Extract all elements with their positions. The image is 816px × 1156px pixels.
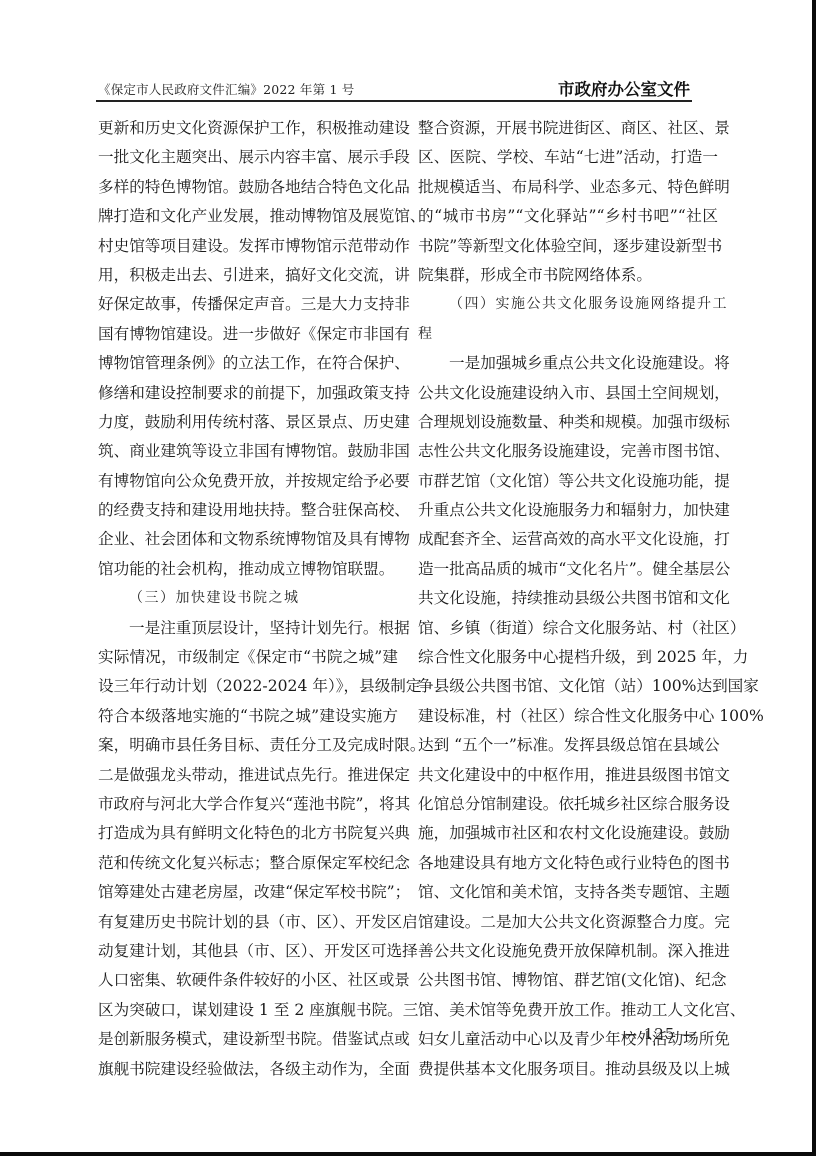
- text-line: 是创新服务模式，建设新型书院。借鉴试点或: [98, 1025, 398, 1054]
- text-line: 整合资源，开展书院进街区、商区、社区、景: [418, 114, 718, 143]
- page-edge-bottom: [0, 1152, 816, 1156]
- text-line: 公共图书馆、博物馆、群艺馆(文化馆)、纪念: [418, 966, 718, 995]
- text-line: 人口密集、软硬件条件较好的小区、社区或景: [98, 966, 398, 995]
- text-line: 区、医院、学校、车站“七进”活动，打造一: [418, 143, 718, 172]
- text-line: 馆、文化馆和美术馆，支持各类专题馆、主题: [418, 878, 718, 907]
- text-line: 实际情况，市级制定《保定市“书院之城”建: [98, 643, 398, 672]
- text-line: 范和传统文化复兴标志；整合原保定军校纪念: [98, 849, 398, 878]
- section-heading-4-cont: 程: [418, 320, 718, 349]
- text-line: 有复建历史书院计划的县（市、区）、开发区启: [98, 908, 398, 937]
- text-line: 更新和历史文化资源保护工作，积极推动建设: [98, 114, 398, 143]
- text-line: 旗舰书院建设经验做法，各级主动作为，全面: [98, 1055, 398, 1084]
- section-title: 市政府办公室文件: [558, 76, 690, 100]
- text-line: 馆建设。二是加大公共文化资源整合力度。完: [418, 908, 718, 937]
- text-line: 市政府与河北大学合作复兴“莲池书院”，将其: [98, 790, 398, 819]
- text-line: 村史馆等项目建设。发挥市博物馆示范带动作: [98, 232, 398, 261]
- text-line: 建设标准，村（社区）综合性文化服务中心 100%: [418, 702, 718, 731]
- text-line: 书院”等新型文化体验空间，逐步建设新型书: [418, 232, 718, 261]
- text-line: 好保定故事，传播保定声音。三是大力支持非: [98, 290, 398, 319]
- text-line: 力度，鼓励利用传统村落、景区景点、历史建: [98, 408, 398, 437]
- text-line: 公共文化设施建设纳入市、县国土空间规划，: [418, 379, 718, 408]
- text-line: 馆、美术馆等免费开放工作。推动工人文化宫、: [418, 996, 718, 1025]
- text-line: 筑、商业建筑等设立非国有博物馆。鼓励非国: [98, 437, 398, 466]
- text-line: 院集群，形成全市书院网络体系。: [418, 261, 718, 290]
- text-line: 修缮和建设控制要求的前提下，加强政策支持: [98, 379, 398, 408]
- text-line: 的经费支持和建设用地扶持。整合驻保高校、: [98, 496, 398, 525]
- text-line: 动复建计划，其他县（市、区）、开发区可选择: [98, 937, 398, 966]
- text-line: 争县级公共图书馆、文化馆（站）100%达到国家: [418, 672, 718, 701]
- right-column: 整合资源，开展书院进街区、商区、社区、景 区、医院、学校、车站“七进”活动，打造…: [418, 114, 718, 1084]
- text-line: 多样的特色博物馆。鼓励各地结合特色文化品: [98, 173, 398, 202]
- text-line: 成配套齐全、运营高效的高水平文化设施，打: [418, 525, 718, 554]
- text-line: 企业、社会团体和文物系统博物馆及具有博物: [98, 525, 398, 554]
- text-line: 升重点公共文化设施服务力和辐射力，加快建: [418, 496, 718, 525]
- text-line: 博物馆管理条例》的立法工作，在符合保护、: [98, 349, 398, 378]
- text-line: 有博物馆向公众免费开放，并按规定给予必要: [98, 467, 398, 496]
- text-line: 符合本级落地实施的“书院之城”建设实施方: [98, 702, 398, 731]
- text-line: 达到 “五个一”标准。发挥县级总馆在县域公: [418, 731, 718, 760]
- text-line: 馆、乡镇（街道）综合文化服务站、村（社区）: [418, 614, 718, 643]
- text-line: 批规模适当、布局科学、业态多元、特色鲜明: [418, 173, 718, 202]
- text-line: 区为突破口，谋划建设 1 至 2 座旗舰书院。三: [98, 996, 398, 1025]
- text-line: 各地建设具有地方文化特色或行业特色的图书: [418, 849, 718, 878]
- text-line: 馆功能的社会机构，推动成立博物馆联盟。: [98, 555, 398, 584]
- publication-title: 《保定市人民政府文件汇编》2022 年第 1 号: [98, 80, 355, 98]
- text-line: 国有博物馆建设。进一步做好《保定市非国有: [98, 320, 398, 349]
- text-line: 费提供基本文化服务项目。推动县级及以上城: [418, 1055, 718, 1084]
- text-line: 馆筹建处古建老房屋，改建“保定军校书院”；: [98, 878, 398, 907]
- text-line: 综合性文化服务中心提档升级，到 2025 年，力: [418, 643, 718, 672]
- text-line: 造一批高品质的城市“文化名片”。健全基层公: [418, 555, 718, 584]
- text-line: 善公共文化设施免费开放保障机制。深入推进: [418, 937, 718, 966]
- page-edge-right: [812, 0, 816, 1156]
- text-line: 一批文化主题突出、展示内容丰富、展示手段: [98, 143, 398, 172]
- text-line: 化馆总分馆制建设。依托城乡社区综合服务设: [418, 790, 718, 819]
- text-line: 施，加强城市社区和农村文化设施建设。鼓励: [418, 819, 718, 848]
- text-line: 设三年行动计划（2022-2024 年）》，县级制定: [98, 672, 398, 701]
- section-heading-3: （三）加快建设书院之城: [98, 584, 398, 613]
- left-column: 更新和历史文化资源保护工作，积极推动建设 一批文化主题突出、展示内容丰富、展示手…: [98, 114, 398, 1084]
- text-line: 二是做强龙头带动，推进试点先行。推进保定: [98, 761, 398, 790]
- text-line: 牌打造和文化产业发展，推动博物馆及展览馆、: [98, 202, 398, 231]
- text-line: 共文化设施，持续推动县级公共图书馆和文化: [418, 584, 718, 613]
- text-line: 打造成为具有鲜明文化特色的北方书院复兴典: [98, 819, 398, 848]
- text-line: 用，积极走出去、引进来，搞好文化交流，讲: [98, 261, 398, 290]
- text-line: 志性公共文化服务设施建设，完善市图书馆、: [418, 437, 718, 466]
- text-line: 一是加强城乡重点公共文化设施建设。将: [418, 349, 718, 378]
- page-number: — 125 —: [622, 1025, 697, 1043]
- text-line: 市群艺馆（文化馆）等公共文化设施功能，提: [418, 467, 718, 496]
- running-header: 《保定市人民政府文件汇编》2022 年第 1 号 市政府办公室文件: [96, 76, 690, 100]
- section-heading-4: （四）实施公共文化服务设施网络提升工: [418, 290, 718, 319]
- text-line: 共文化建设中的中枢作用，推进县级图书馆文: [418, 761, 718, 790]
- text-line: 合理规划设施数量、种类和规模。加强市级标: [418, 408, 718, 437]
- text-line: 案，明确市县任务目标、责任分工及完成时限。: [98, 731, 398, 760]
- text-line: 的“城市书房”“文化驿站”“乡村书吧”“社区: [418, 202, 718, 231]
- text-line: 一是注重顶层设计，坚持计划先行。根据: [98, 614, 398, 643]
- header-rule: [96, 100, 692, 102]
